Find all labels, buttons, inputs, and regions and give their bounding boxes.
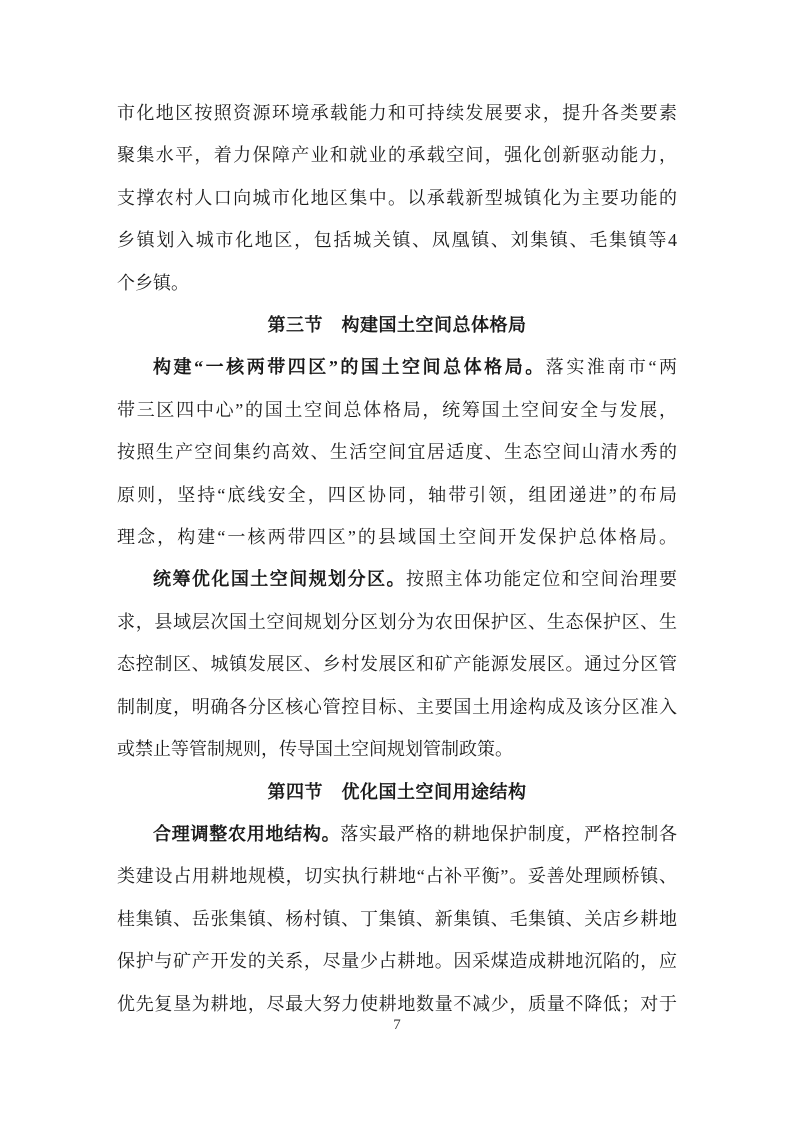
text-line: 桂集镇、岳张集镇、杨村镇、丁集镇、新集镇、毛集镇、关店乡耕地: [117, 898, 677, 940]
text-line: 或禁止等管制规则，传导国土空间规划管制政策。: [117, 728, 677, 770]
text-line: 构建“一核两带四区”的国土空间总体格局。落实淮南市“两: [117, 346, 677, 388]
text-line: 支撑农村人口向城市化地区集中。以承载新型城镇化为主要功能的: [117, 177, 677, 219]
paragraph-farmland-structure: 合理调整农用地结构。落实最严格的耕地保护制度，严格控制各 类建设占用耕地规模，切…: [117, 813, 677, 1025]
text-line: 理念，构建“一核两带四区”的县域国土空间开发保护总体格局。: [117, 516, 677, 558]
paragraph-lead-bold: 构建“一核两带四区”的国土空间总体格局。: [153, 357, 546, 377]
text-line: 按照生产空间集约高效、生活空间宜居适度、生态空间山清水秀的: [117, 431, 677, 473]
paragraph-planning-zones: 统筹优化国土空间规划分区。按照主体功能定位和空间治理要 求，县域层次国土空间规划…: [117, 558, 677, 770]
text-line: 制制度，明确各分区核心管控目标、主要国土用途构成及该分区准入: [117, 686, 677, 728]
text-line: 统筹优化国土空间规划分区。按照主体功能定位和空间治理要: [117, 558, 677, 600]
text-line: 求，县域层次国土空间规划分区划分为农田保护区、生态保护区、生: [117, 601, 677, 643]
paragraph-spatial-pattern: 构建“一核两带四区”的国土空间总体格局。落实淮南市“两 带三区四中心”的国土空间…: [117, 346, 677, 558]
page-number: 7: [0, 1014, 794, 1036]
text-run: 按照主体功能定位和空间治理要: [406, 569, 677, 589]
section-heading-3: 第三节 构建国土空间总体格局: [117, 304, 677, 346]
text-line: 态控制区、城镇发展区、乡村发展区和矿产能源发展区。通过分区管: [117, 643, 677, 685]
text-line: 市化地区按照资源环境承载能力和可持续发展要求，提升各类要素: [117, 92, 677, 134]
paragraph-lead-bold: 合理调整农用地结构。: [153, 824, 340, 844]
text-run: 落实最严格的耕地保护制度，严格控制各: [340, 824, 677, 844]
text-line: 原则，坚持“底线安全，四区协同，轴带引领，组团递进”的布局: [117, 474, 677, 516]
text-line: 保护与矿产开发的关系，尽量少占耕地。因采煤造成耕地沉陷的，应: [117, 940, 677, 982]
paragraph-lead-bold: 统筹优化国土空间规划分区。: [153, 569, 406, 589]
document-page: 市化地区按照资源环境承载能力和可持续发展要求，提升各类要素 聚集水平，着力保障产…: [0, 0, 794, 1122]
text-line: 聚集水平，着力保障产业和就业的承载空间，强化创新驱动能力，: [117, 134, 677, 176]
text-line: 类建设占用耕地规模，切实执行耕地“占补平衡”。妥善处理顾桥镇、: [117, 855, 677, 897]
text-line: 合理调整农用地结构。落实最严格的耕地保护制度，严格控制各: [117, 813, 677, 855]
paragraph-continuation: 市化地区按照资源环境承载能力和可持续发展要求，提升各类要素 聚集水平，着力保障产…: [117, 92, 677, 304]
text-run: 落实淮南市“两: [546, 357, 677, 377]
section-heading-4: 第四节 优化国土空间用途结构: [117, 771, 677, 813]
text-line: 带三区四中心”的国土空间总体格局，统筹国土空间安全与发展，: [117, 389, 677, 431]
text-line: 乡镇划入城市化地区，包括城关镇、凤凰镇、刘集镇、毛集镇等4: [117, 219, 677, 261]
text-line: 个乡镇。: [117, 262, 677, 304]
